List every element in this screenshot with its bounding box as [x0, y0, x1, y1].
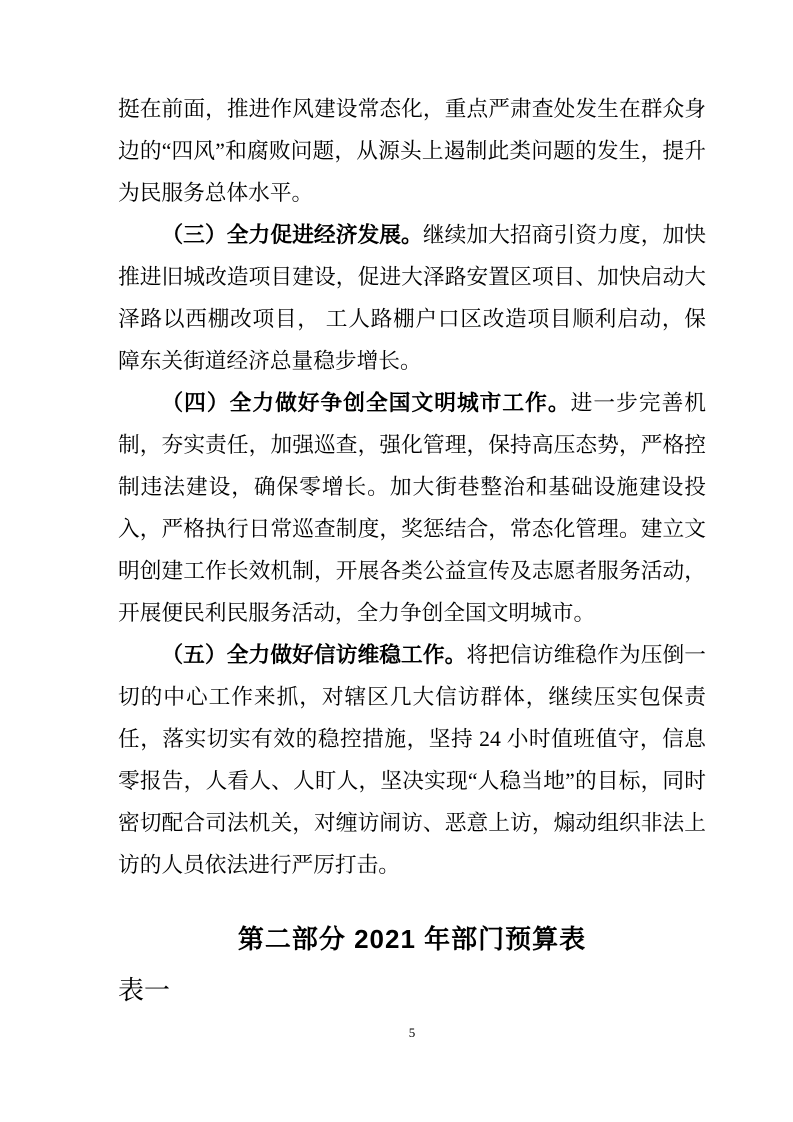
table-label: 表一 [118, 974, 706, 1008]
document-page: 挺在前面，推进作风建设常态化，重点严肃查处发生在群众身边的“四风”和腐败问题，从… [0, 0, 793, 1122]
paragraph: （三）全力促进经济发展。继续加大招商引资力度，加快推进旧城改造项目建设，促进大泽… [118, 214, 706, 382]
paragraph-text: 将把信访维稳作为压倒一切的中心工作来抓，对辖区几大信访群体，继续压实包保责任，落… [118, 643, 706, 877]
paragraph: （四）全力做好争创全国文明城市工作。进一步完善机制，夯实责任，加强巡查，强化管理… [118, 382, 706, 634]
page-content: 挺在前面，推进作风建设常态化，重点严肃查处发生在群众身边的“四风”和腐败问题，从… [118, 88, 706, 1008]
paragraph: 挺在前面，推进作风建设常态化，重点严肃查处发生在群众身边的“四风”和腐败问题，从… [118, 88, 706, 214]
paragraph: （五）全力做好信访维稳工作。将把信访维稳作为压倒一切的中心工作来抓，对辖区几大信… [118, 634, 706, 886]
page-number: 5 [118, 1024, 706, 1042]
paragraph-lead: （四）全力做好争创全国文明城市工作。 [161, 391, 570, 415]
paragraph-text: 挺在前面，推进作风建设常态化，重点严肃查处发生在群众身边的“四风”和腐败问题，从… [118, 97, 706, 205]
paragraph-text: 进一步完善机制，夯实责任，加强巡查，强化管理，保持高压态势，严格控制违法建设，确… [118, 391, 706, 625]
paragraph-lead: （五）全力做好信访维稳工作。 [161, 643, 466, 667]
section-heading: 第二部分 2021 年部门预算表 [118, 918, 706, 960]
paragraph-lead: （三）全力促进经济发展。 [161, 223, 422, 247]
